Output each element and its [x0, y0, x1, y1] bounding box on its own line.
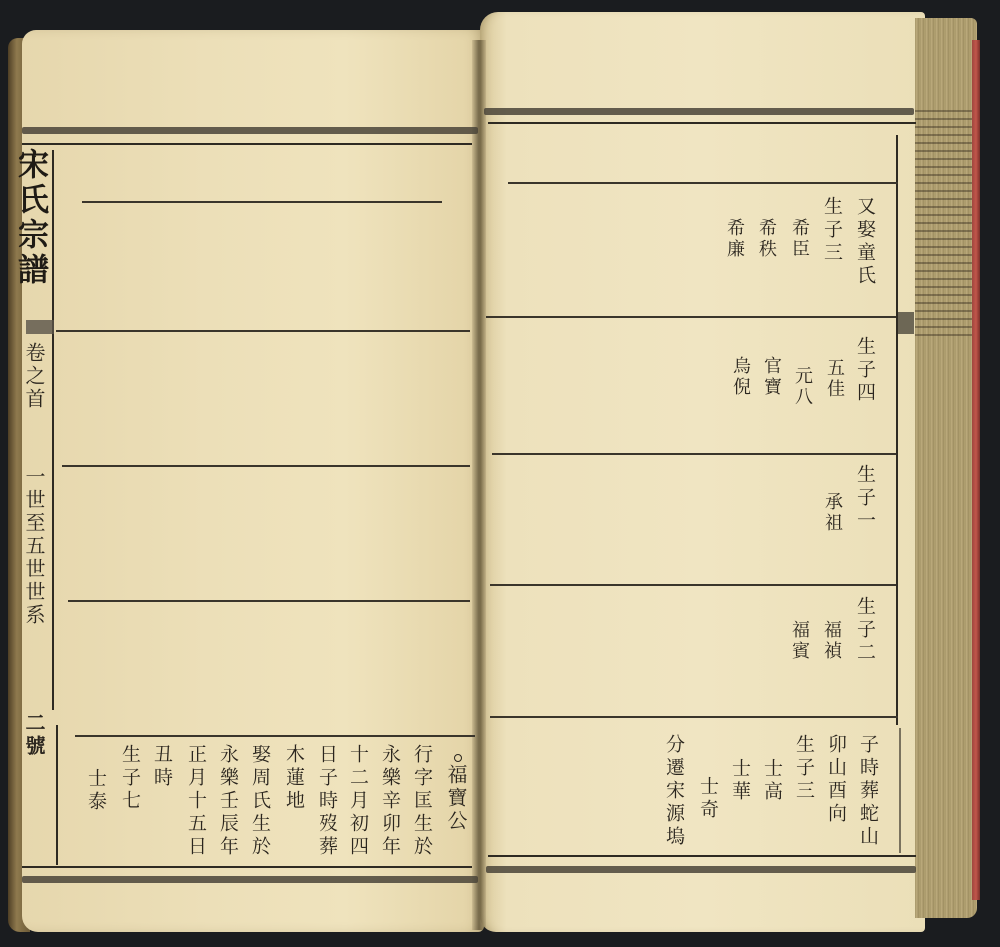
left-row-rule-4	[68, 600, 470, 602]
row2-col1: 生子四	[855, 336, 874, 405]
row1-col4: 希秩	[757, 218, 775, 260]
left-bottom-border-thin	[22, 866, 472, 868]
entry-column-3: 十二月初四	[348, 744, 367, 859]
right-top-border-thick	[484, 108, 914, 115]
entry-name: 福寶公	[446, 764, 466, 833]
red-cover-edge	[972, 40, 980, 900]
row5-col2: 卯山酉向	[826, 734, 845, 826]
row1-col5: 希廉	[725, 218, 743, 260]
entry-column-5: 木蓮地	[284, 744, 303, 813]
book-gutter	[472, 40, 486, 930]
entry-column-2: 永樂辛卯年	[380, 744, 399, 859]
entry-column-6: 娶周氏生於	[250, 744, 269, 859]
left-top-border-thin	[22, 143, 472, 145]
spine-fishtail-mark	[26, 320, 54, 334]
entry-column-10: 生子七	[120, 744, 139, 813]
right-row-rule-3	[492, 453, 896, 455]
right-fishtail-mark	[898, 312, 914, 334]
entry-column-4: 日子時歿葬	[317, 744, 336, 859]
row4-col2: 福禎	[822, 620, 840, 662]
entry-column-9: 丑時	[152, 744, 171, 790]
right-row-rule-1	[508, 182, 898, 184]
row5-col4: 士高	[762, 758, 781, 804]
spine-section: 一世至五世世系	[24, 466, 44, 627]
left-row-rule-5	[75, 735, 475, 737]
row5-col7: 分遷宋源塢	[664, 734, 683, 849]
left-spine-divider-lower	[56, 725, 58, 865]
right-bottom-border-thin	[488, 855, 916, 857]
row2-col4: 官寶	[762, 356, 780, 398]
left-row-rule-2	[56, 330, 470, 332]
row2-col5: 烏倪	[731, 356, 749, 398]
left-row-rule-1	[82, 201, 442, 203]
entry-column-8: 正月十五日	[186, 744, 205, 859]
row5-col5: 士華	[730, 758, 749, 804]
entry-column-11: 士泰	[86, 768, 105, 814]
fore-edge-printed-title	[915, 110, 975, 340]
row1-col1: 又娶童氏	[855, 196, 874, 288]
right-row-rule-2	[486, 316, 896, 318]
left-row-rule-3	[62, 465, 470, 467]
row4-col3: 福賓	[790, 620, 808, 662]
row3-col2: 承祖	[823, 492, 841, 534]
row1-col2: 生子三	[822, 196, 841, 265]
right-top-border-thin	[488, 122, 916, 124]
row3-col1: 生子一	[855, 464, 874, 533]
left-bottom-border-thick	[22, 876, 478, 883]
left-top-border-thick	[22, 127, 478, 134]
entry-column-1: 行字匡生於	[412, 744, 431, 859]
right-bottom-border-thick	[486, 866, 916, 873]
right-row-rule-4	[490, 584, 896, 586]
spine-book-title: 宋氏宗譜	[14, 148, 45, 288]
entry-circle-marker	[454, 754, 462, 762]
right-edge-divider-lower	[899, 728, 901, 853]
entry-column-7: 永樂壬辰年	[218, 744, 237, 859]
row2-col3: 元八	[793, 366, 811, 408]
row5-col3: 生子三	[794, 734, 813, 803]
right-row-rule-5	[490, 716, 898, 718]
spine-volume: 卷之首	[24, 342, 44, 411]
row5-col1: 子時葬蛇山	[858, 734, 877, 849]
row1-col3: 希臣	[790, 218, 808, 260]
right-edge-divider	[896, 135, 898, 725]
spine-page-number: 二號	[24, 712, 44, 758]
row4-col1: 生子二	[855, 596, 874, 665]
row2-col2: 五佳	[825, 358, 843, 400]
left-spine-divider	[52, 150, 54, 710]
row5-col6: 士奇	[698, 776, 717, 822]
